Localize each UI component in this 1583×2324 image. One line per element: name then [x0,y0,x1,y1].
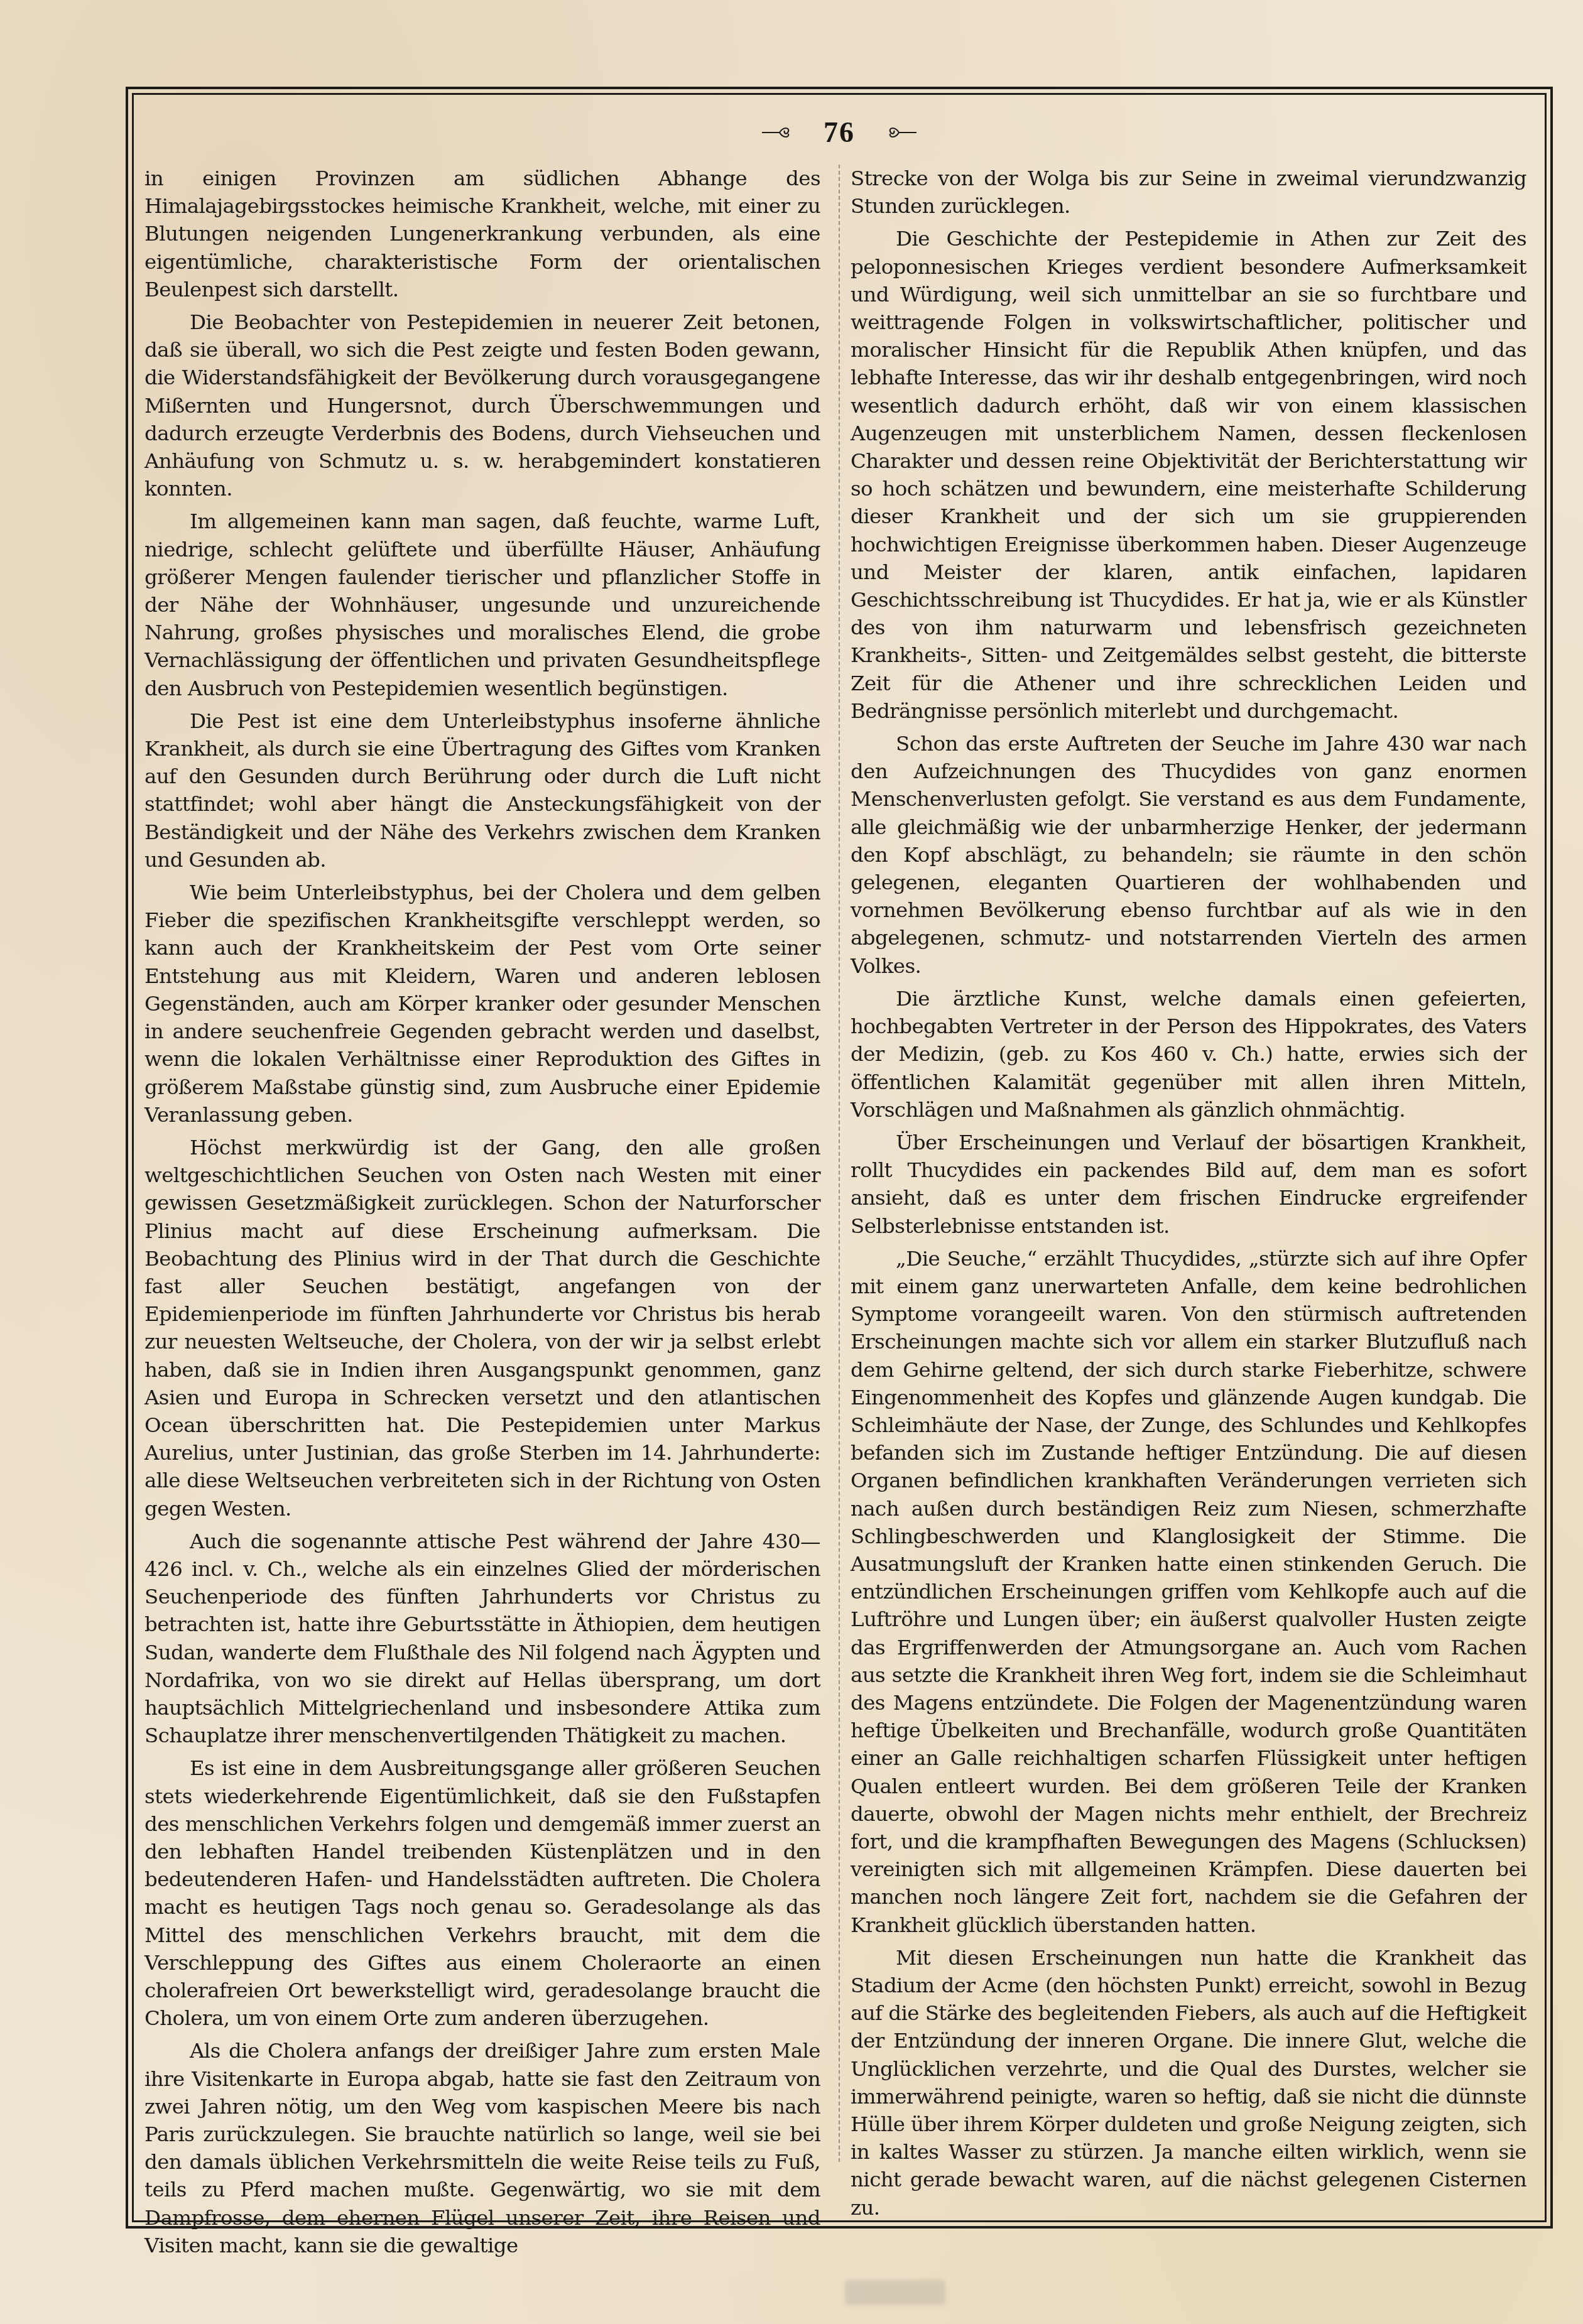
page-number: 76 [824,116,855,149]
faded-stamp-mark [845,2280,945,2305]
paragraph: Die Geschichte der Pestepidemie in Athen… [851,225,1526,725]
paragraph: Die Beobachter von Pestepidemien in neue… [144,308,820,502]
paragraph: in einigen Provinzen am südlichen Abhang… [144,165,820,303]
paragraph: Strecke von der Wolga bis zur Seine in z… [851,165,1526,220]
paragraph: Es ist eine in dem Ausbreitungsgange all… [144,1754,820,2032]
page-header: 76 [132,113,1547,151]
left-column: in einigen Provinzen am südlichen Abhang… [144,165,820,2175]
paragraph: Im allgemeinen kann man sagen, daß feuch… [144,508,820,702]
paragraph: Schon das erste Auftreten der Seuche im … [851,730,1526,980]
fleuron-right-icon [886,122,918,141]
fleuron-left-icon [761,122,792,141]
paragraph: Höchst merkwürdig ist der Gang, den alle… [144,1134,820,1523]
paragraph: Als die Cholera anfangs der dreißiger Ja… [144,2037,820,2259]
paragraph: Auch die sogenannte attische Pest währen… [144,1528,820,1750]
paragraph: Über Erscheinungen und Verlauf der bösar… [851,1129,1526,1240]
paragraph: Wie beim Unterleibstyphus, bei der Chole… [144,879,820,1129]
paragraph: „Die Seuche,“ erzählt Thucydides, „stürz… [851,1245,1526,1939]
article-body: in einigen Provinzen am südlichen Abhang… [144,165,1526,2175]
paragraph: Die ärztliche Kunst, welche damals einen… [851,985,1526,1124]
right-column: Strecke von der Wolga bis zur Seine in z… [851,165,1526,2175]
paragraph: Mit diesen Erscheinungen nun hatte die K… [851,1944,1526,2222]
paragraph: Die Pest ist eine dem Unterleibstyphus i… [144,707,820,874]
